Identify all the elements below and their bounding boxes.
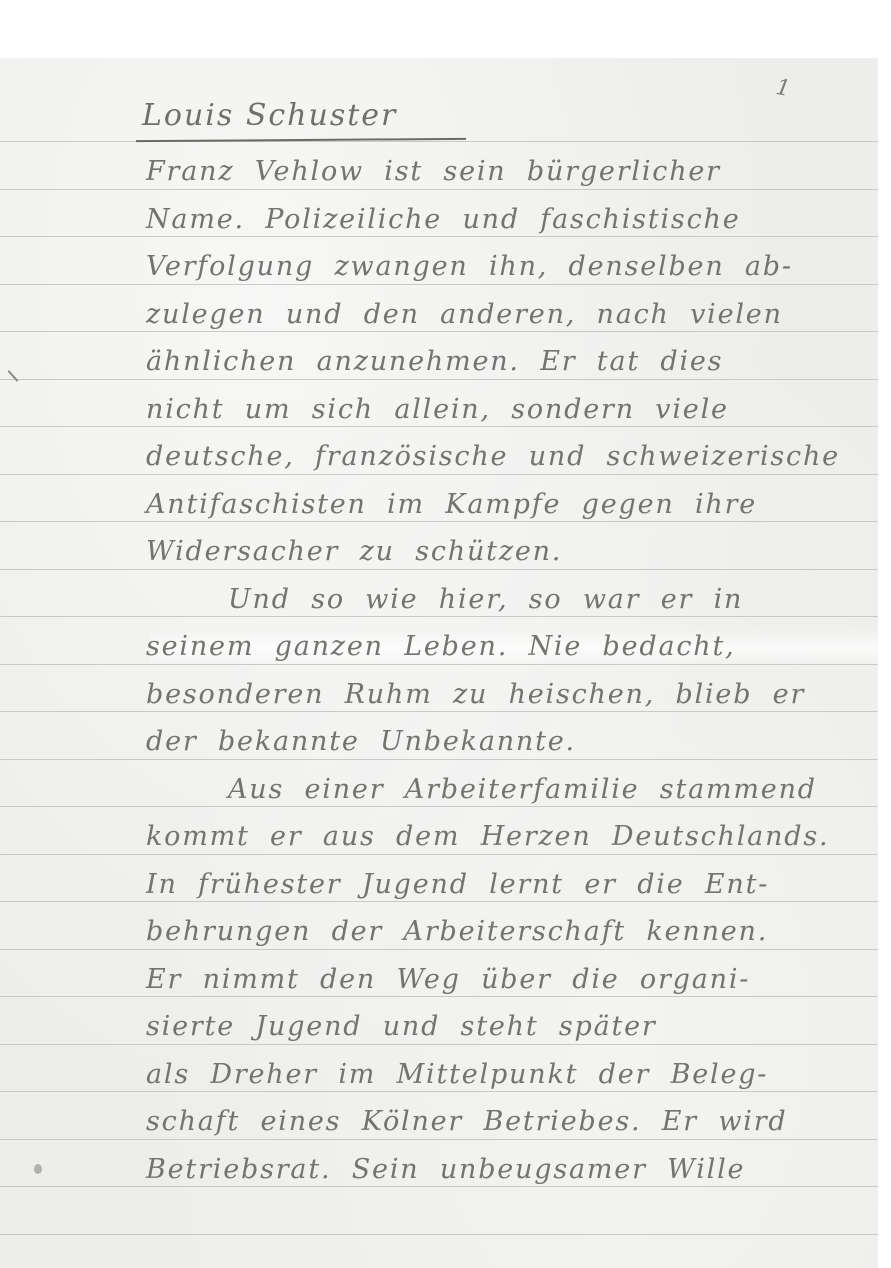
ruled-line <box>0 236 878 237</box>
handwritten-line: Betriebsrat. Sein unbeugsamer Wille <box>146 1154 745 1185</box>
handwritten-line: kommt er aus dem Herzen Deutschlands. <box>146 821 829 852</box>
handwritten-line: Widersacher zu schützen. <box>146 536 562 567</box>
handwritten-line: Franz Vehlow ist sein bürgerlicher <box>146 156 721 187</box>
ruled-line <box>0 901 878 902</box>
margin-stain-dot <box>34 1164 42 1174</box>
handwritten-line: Aus einer Arbeiterfamilie stammend <box>228 774 817 805</box>
handwritten-line: als Dreher im Mittelpunkt der Beleg- <box>146 1059 768 1090</box>
handwritten-line: seinem ganzen Leben. Nie bedacht, <box>146 631 736 662</box>
ruled-line <box>0 1186 878 1187</box>
handwritten-line: der bekannte Unbekannte. <box>146 726 576 757</box>
ruled-line <box>0 379 878 380</box>
ruled-line <box>0 1044 878 1045</box>
ruled-line <box>0 759 878 760</box>
handwritten-line: ähnlichen anzunehmen. Er tat dies <box>146 346 723 377</box>
ruled-line <box>0 854 878 855</box>
ruled-line <box>0 189 878 190</box>
ruled-line <box>0 426 878 427</box>
handwritten-line: Er nimmt den Weg über die organi- <box>146 964 750 995</box>
ruled-line <box>0 949 878 950</box>
ruled-line <box>0 1139 878 1140</box>
ruled-line <box>0 284 878 285</box>
ruled-line <box>0 664 878 665</box>
ruled-line <box>0 331 878 332</box>
handwritten-line: behrungen der Arbeiterschaft kennen. <box>146 916 768 947</box>
handwritten-line: sierte Jugend und steht später <box>146 1011 657 1042</box>
ruled-line <box>0 996 878 997</box>
document-title: Louis Schuster <box>142 98 397 133</box>
handwritten-line: zulegen und den anderen, nach vielen <box>146 299 783 330</box>
ruled-line <box>0 141 878 142</box>
ruled-line <box>0 1091 878 1092</box>
handwritten-line: In frühester Jugend lernt er die Ent- <box>146 869 769 900</box>
ruled-line <box>0 806 878 807</box>
handwritten-line: besonderen Ruhm zu heischen, blieb er <box>146 679 805 710</box>
handwritten-line: Antifaschisten im Kampfe gegen ihre <box>146 489 757 520</box>
ruled-line <box>0 474 878 475</box>
handwritten-line: schaft eines Kölner Betriebes. Er wird <box>146 1106 788 1137</box>
ruled-line <box>0 569 878 570</box>
handwritten-line: Verfolgung zwangen ihn, denselben ab- <box>146 251 793 282</box>
ruled-line <box>0 616 878 617</box>
handwritten-line: deutsche, französische und schweizerisch… <box>146 441 840 472</box>
handwritten-line: Name. Polizeiliche und faschistische <box>146 204 740 235</box>
handwritten-line: nicht um sich allein, sondern viele <box>146 394 729 425</box>
ruled-line <box>0 521 878 522</box>
handwritten-line: Und so wie hier, so war er in <box>228 584 743 615</box>
ruled-line <box>0 1234 878 1235</box>
ruled-line <box>0 711 878 712</box>
